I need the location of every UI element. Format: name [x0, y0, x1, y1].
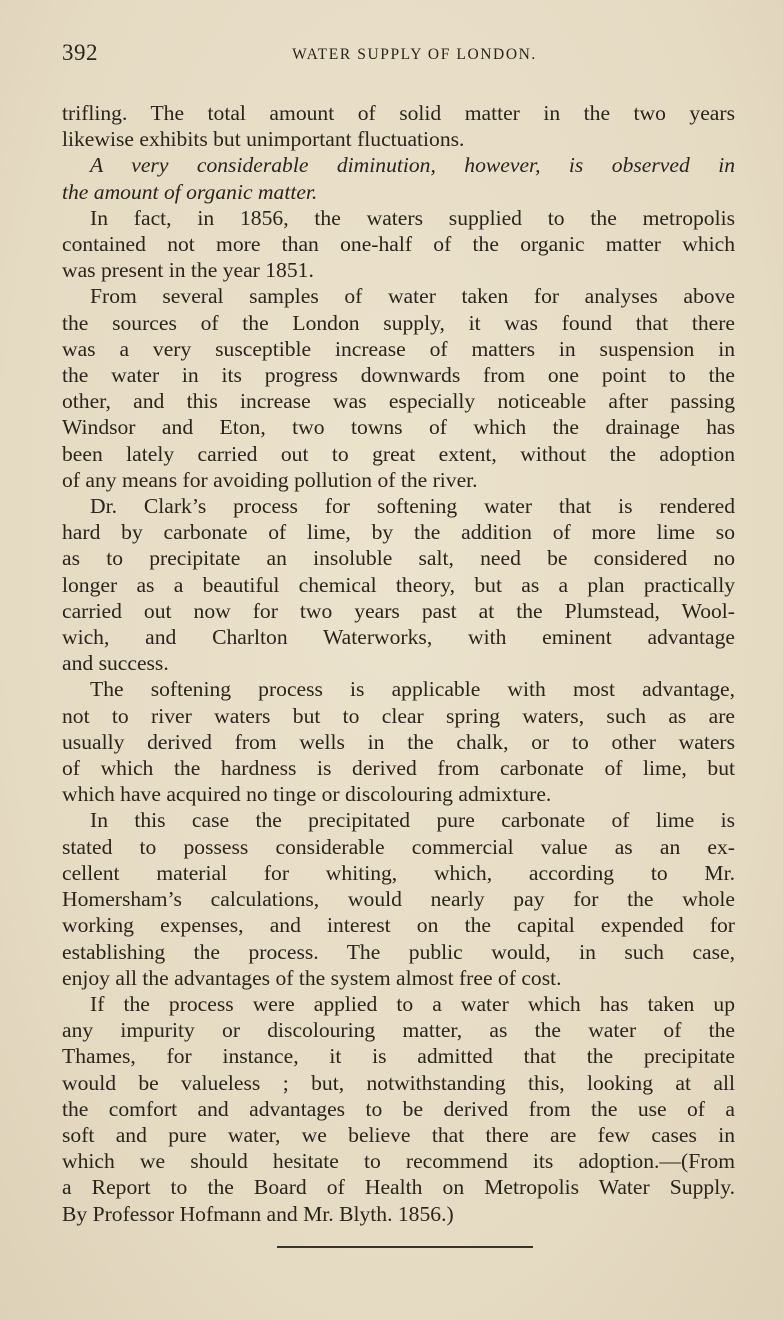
text-line: carried out now for two years past at th… — [62, 598, 735, 624]
text-line: stated to possess considerable commercia… — [62, 834, 735, 860]
text-line: Thames, for instance, it is admitted tha… — [62, 1043, 735, 1069]
text-line: Windsor and Eton, two towns of which the… — [62, 414, 735, 440]
text-line: the water in its progress downwards from… — [62, 362, 735, 388]
text-line: By Professor Hofmann and Mr. Blyth. 1856… — [62, 1201, 735, 1227]
text-line: would be valueless ; but, notwithstandin… — [62, 1070, 735, 1096]
text-line: other, and this increase was especially … — [62, 388, 735, 414]
text-line: wich, and Charlton Waterworks, with emin… — [62, 624, 735, 650]
text-line: soft and pure water, we believe that the… — [62, 1122, 735, 1148]
text-line: any impurity or discolouring matter, as … — [62, 1017, 735, 1043]
page-header: 392 WATER SUPPLY OF LONDON. — [62, 40, 735, 72]
text-line: establishing the process. The public wou… — [62, 939, 735, 965]
text-line: longer as a beautiful chemical theory, b… — [62, 572, 735, 598]
text-line: likewise exhibits but unimportant fluctu… — [62, 126, 735, 152]
running-head: WATER SUPPLY OF LONDON. — [62, 46, 735, 64]
text-line: the amount of organic matter. — [62, 179, 735, 205]
text-line: If the process were applied to a water w… — [62, 991, 735, 1017]
text-line: of any means for avoiding pollution of t… — [62, 467, 735, 493]
text-line: contained not more than one-half of the … — [62, 231, 735, 257]
text-line: as to precipitate an insoluble salt, nee… — [62, 545, 735, 571]
text-line: A very considerable diminution, however,… — [62, 152, 735, 178]
text-line: of which the hardness is derived from ca… — [62, 755, 735, 781]
text-line: which we should hesitate to recommend it… — [62, 1148, 735, 1174]
text-line: not to river waters but to clear spring … — [62, 703, 735, 729]
text-line: which have acquired no tinge or discolou… — [62, 781, 735, 807]
text-line: enjoy all the advantages of the system a… — [62, 965, 735, 991]
text-line: the sources of the London supply, it was… — [62, 310, 735, 336]
text-line: cellent material for whiting, which, acc… — [62, 860, 735, 886]
text-line: Dr. Clark’s process for softening water … — [62, 493, 735, 519]
text-line: Homersham’s calculations, would nearly p… — [62, 886, 735, 912]
text-line: In this case the precipitated pure carbo… — [62, 807, 735, 833]
text-line: trifling. The total amount of solid matt… — [62, 100, 735, 126]
text-line: was a very susceptible increase of matte… — [62, 336, 735, 362]
text-line: hard by carbonate of lime, by the additi… — [62, 519, 735, 545]
text-line: been lately carried out to great extent,… — [62, 441, 735, 467]
text-line: From several samples of water taken for … — [62, 283, 735, 309]
book-page: 392 WATER SUPPLY OF LONDON. trifling. Th… — [62, 40, 735, 1227]
text-line: and success. — [62, 650, 735, 676]
text-line: was present in the year 1851. — [62, 257, 735, 283]
end-rule — [277, 1246, 533, 1248]
text-line: a Report to the Board of Health on Metro… — [62, 1174, 735, 1200]
body-text: trifling. The total amount of solid matt… — [62, 100, 735, 1227]
text-line: In fact, in 1856, the waters supplied to… — [62, 205, 735, 231]
text-line: The softening process is applicable with… — [62, 676, 735, 702]
text-line: working expenses, and interest on the ca… — [62, 912, 735, 938]
text-line: the comfort and advantages to be derived… — [62, 1096, 735, 1122]
text-line: usually derived from wells in the chalk,… — [62, 729, 735, 755]
